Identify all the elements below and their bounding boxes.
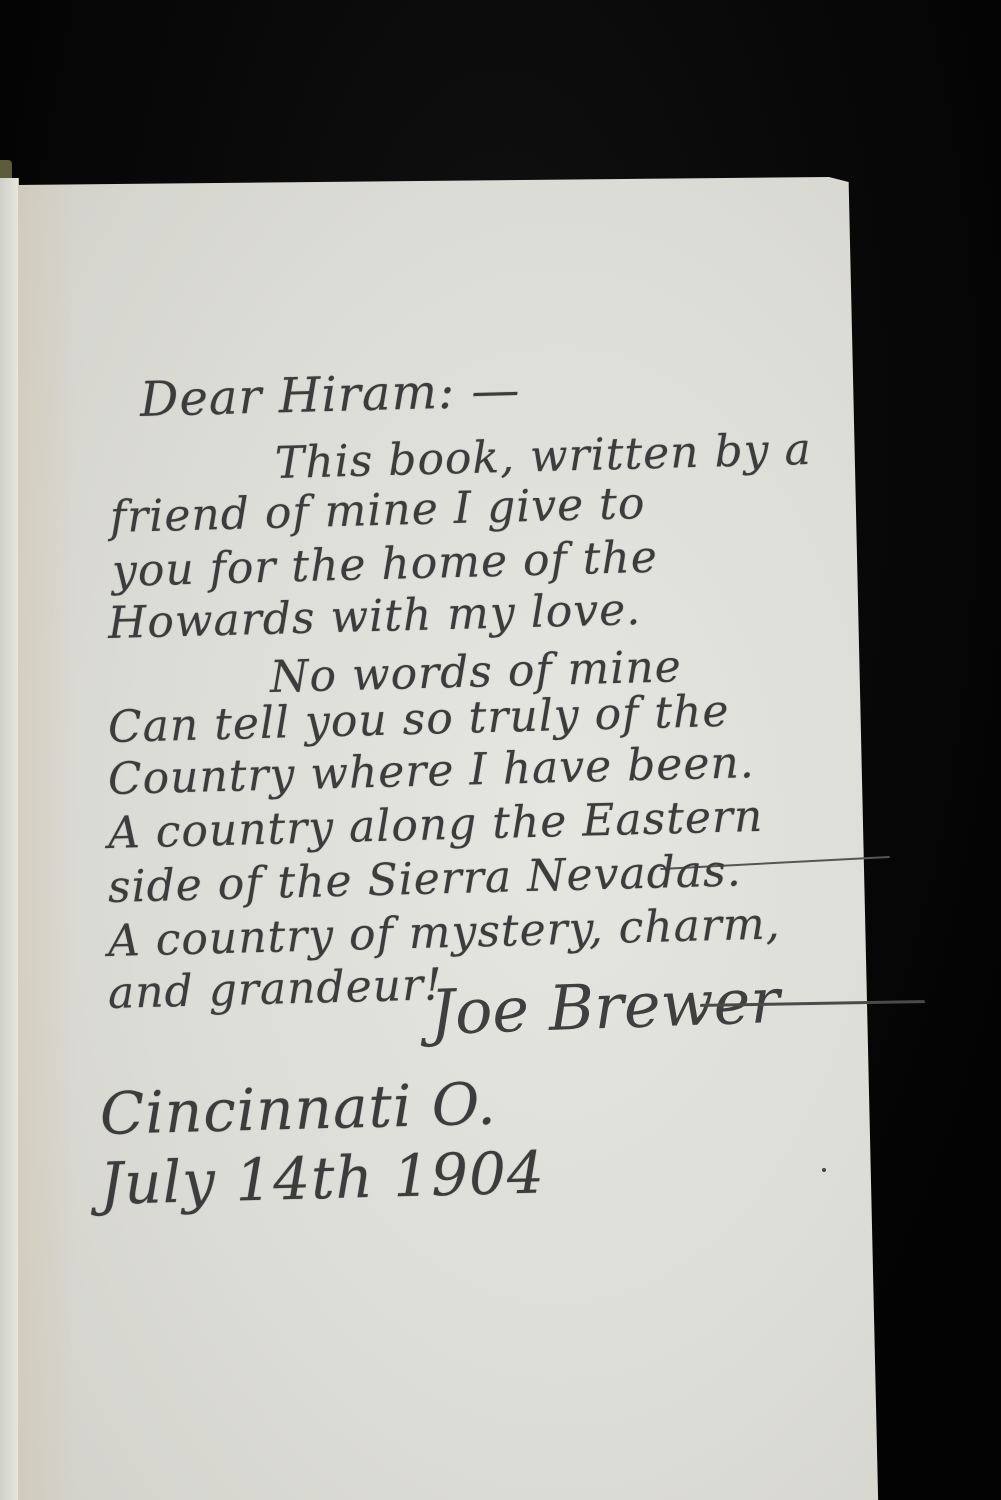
date: July 14th 1904 (99, 1138, 546, 1218)
body-line: and grandeur! (107, 959, 443, 1019)
salutation: Dear Hiram: — (139, 362, 521, 428)
body-line: This book, written by a (274, 424, 812, 489)
ink-dot (822, 1168, 826, 1172)
signature: Joe Brewer (429, 964, 781, 1049)
place: Cincinnati O. (99, 1070, 497, 1148)
handwritten-inscription: Dear Hiram: — This book, written by a fr… (0, 0, 1001, 1500)
